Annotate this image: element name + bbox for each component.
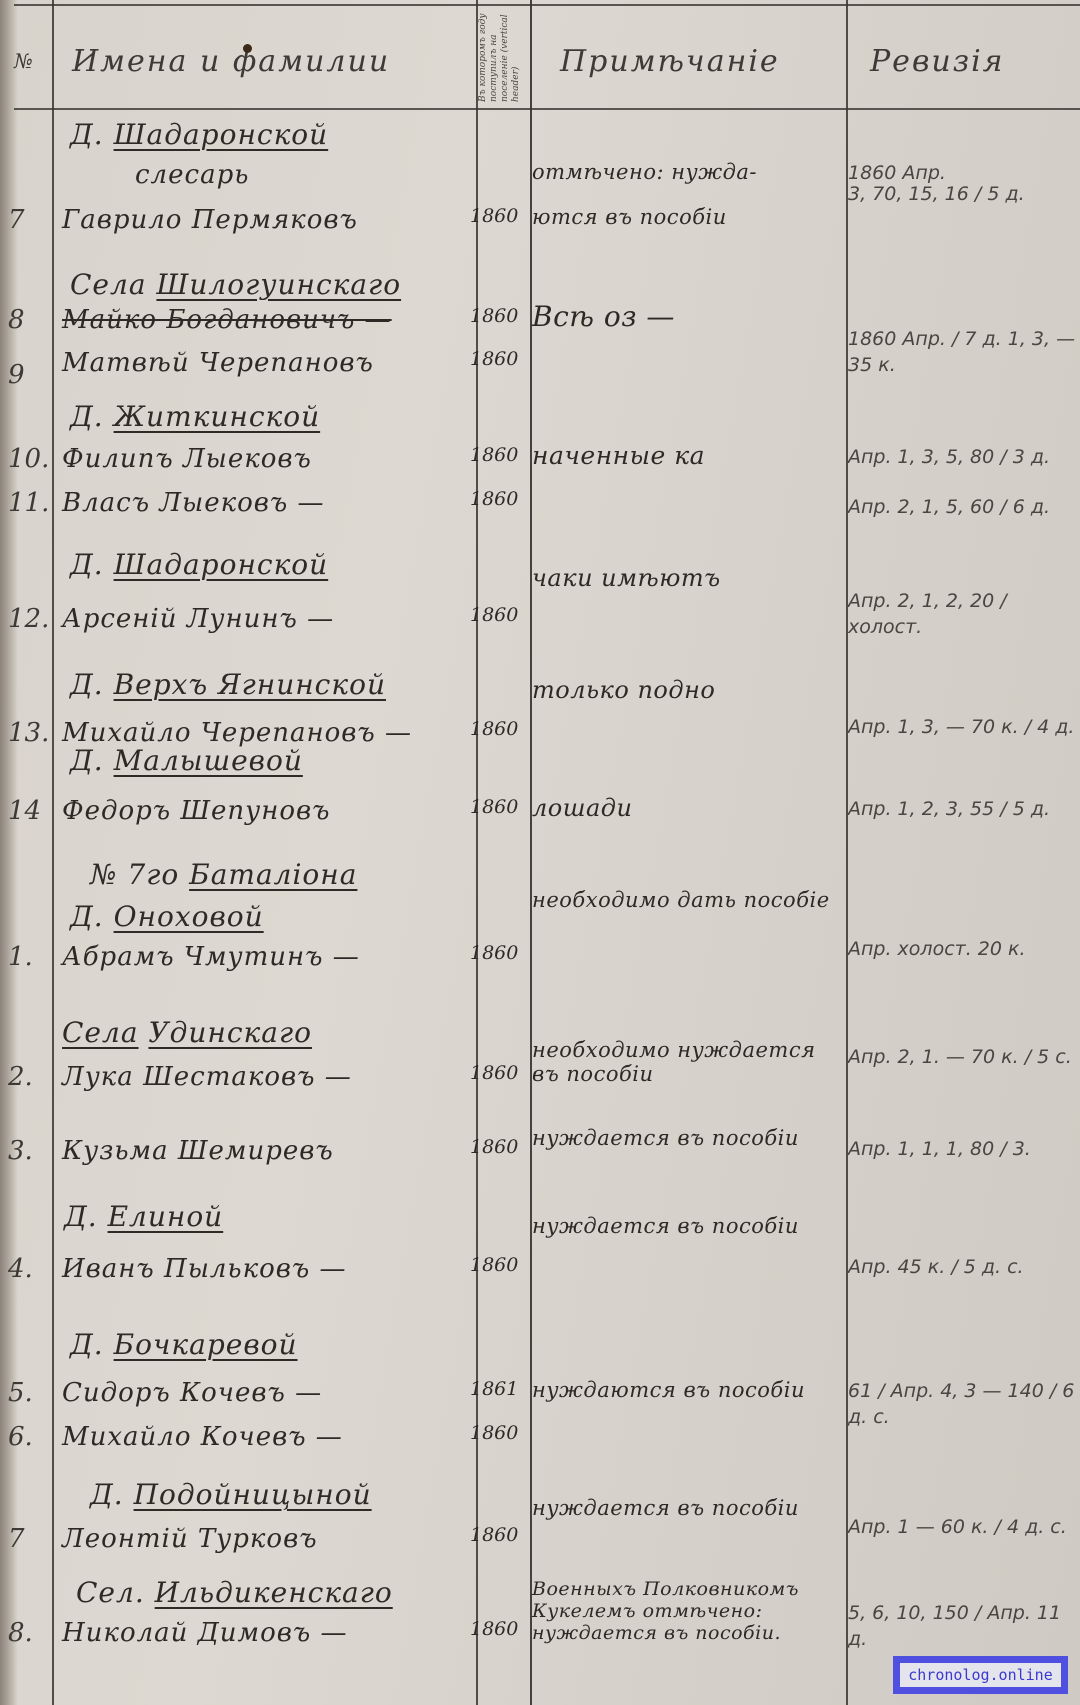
remark: нуждается въ пособіи [532,1214,842,1238]
entry-year: 1860 [470,1524,530,1546]
entry-number: 6. [8,1422,48,1452]
remark: Всѣ оз — [532,305,842,329]
entry-name: Власъ Лыековъ — [62,488,472,518]
entry-number: 7 [8,205,48,235]
group-place: Елиной [108,1200,224,1233]
entry-name: Арсеній Лунинъ — [62,604,472,634]
group-prefix: Д. [70,118,104,151]
header-year: Въ которомъ году поступилъ на поселеніе … [478,2,528,102]
entry-number: 10. [8,444,48,474]
entry-year: 1860 [470,1062,530,1084]
group-place: Шадаронской [114,548,329,581]
entry-year: 1860 [470,305,530,327]
header-verif: Ревизія [870,18,1080,104]
entry-year: 1860 [470,718,530,740]
group-prefix: Д. [64,1200,98,1233]
group-prefix: Села [70,268,147,301]
group-heading: № 7го Баталіона [90,858,357,891]
header-remark: Примѣчаніе [560,18,840,104]
entry-name: Николай Димовъ — [62,1618,472,1648]
group-place: Шадаронской [114,118,329,151]
rule-year [530,0,532,1705]
entry-number: 13. [8,718,48,748]
verification: Апр. 2, 1. — 70 к. / 5 с. [848,1044,1078,1070]
entry-name: Сидоръ Кочевъ — [62,1378,472,1408]
group-place: Подойницыной [134,1478,372,1511]
entry-name: Лука Шестаковъ — [62,1062,472,1092]
group-prefix: Села [62,1016,139,1049]
group-place: Малышевой [114,744,303,777]
remark: необходимо дать пособіе [532,888,842,912]
group-prefix: Д. [70,744,104,777]
group-heading: Д. Шадаронской [70,118,328,151]
group-place: Удинскаго [148,1016,312,1049]
group-place: Верхъ Ягнинской [114,668,386,701]
watermark-text: chronolog.online [900,1663,1061,1687]
entry-year: 1860 [470,796,530,818]
entry-year: 1860 [470,942,530,964]
entry-number: 4. [8,1254,48,1284]
header-name: Имена и фамилии [72,18,472,104]
verification: Апр. холост. 20 к. [848,936,1078,962]
remark: ются въ пособіи [532,205,842,229]
entry-number: 2. [8,1062,48,1092]
group-heading: Д. Житкинской [70,400,320,433]
entry-name-struck: Майко Богдановичъ — [62,305,472,335]
remark: лошади [532,796,842,820]
entry-year: 1860 [470,348,530,370]
entry-name: Гаврило Пермяковъ [62,205,472,235]
group-heading: Д. Шадаронской [70,548,328,581]
entry-year: 1860 [470,604,530,626]
verification: Апр. 1, 3, 5, 80 / 3 д. [848,444,1078,470]
entry-name: Абрамъ Чмутинъ — [62,942,472,972]
verification: 61 / Апр. 4, 3 — 140 / 6 д. с. [848,1378,1078,1430]
group-prefix: Д. [70,900,104,933]
group-place: Бочкаревой [114,1328,298,1361]
verification: 5, 6, 10, 150 / Апр. 11 д. [848,1600,1078,1652]
group-heading: Д. Бочкаревой [70,1328,298,1361]
group-place: Шилогуинскаго [156,268,401,301]
verification: Апр. 2, 1, 5, 60 / 6 д. [848,494,1078,520]
rule-top [14,4,1080,6]
group-prefix: Д. [70,668,104,701]
group-heading: Д. Елиной [64,1200,223,1233]
remark: отмѣчено: нужда- [532,160,842,184]
remark: чаки имѣютъ [532,566,842,590]
entry-number: 8. [8,1618,48,1648]
entry-name: Матвѣй Черепановъ [62,348,472,378]
entry-number: 7 [8,1524,48,1554]
remark: только подно [532,678,842,702]
verification: Апр. 1, 1, 1, 80 / 3. [848,1136,1078,1162]
entry-name: Михайло Кочевъ — [62,1422,472,1452]
group-prefix: Д. [90,1478,124,1511]
verification: Апр. 1 — 60 к. / 4 д. с. [848,1514,1078,1540]
entry-year: 1860 [470,1618,530,1640]
verification: Апр. 45 к. / 5 д. с. [848,1254,1078,1280]
group-place: Баталіона [189,858,357,891]
rule-header-bottom [14,108,1080,110]
verification: 3, 70, 15, 16 / 5 д. [848,181,1078,207]
group-place: Житкинской [114,400,321,433]
rule-remark [846,0,848,1705]
entry-year: 1860 [470,1422,530,1444]
group-prefix: Сел. [76,1576,145,1609]
group-prefix: Д. [70,400,104,433]
group-heading: Д. Подойницыной [90,1478,372,1511]
remark: нуждается въ пособіи [532,1496,842,1520]
register-page: № Имена и фамилии Въ которомъ году посту… [0,0,1080,1705]
entry-year: 1860 [470,205,530,227]
header-num: № [14,18,52,104]
entry-name: Филипъ Лыековъ [62,444,472,474]
entry-name: Кузьма Шемиревъ [62,1136,472,1166]
verification: Апр. 2, 1, 2, 20 / холост. [848,588,1078,640]
remark: Военныхъ Полковникомъ Кукелемъ отмѣчено:… [532,1578,842,1644]
verification: Апр. 1, 2, 3, 55 / 5 д. [848,796,1078,822]
entry-number: 1. [8,942,48,972]
entry-number: 14 [8,796,48,826]
group-place: Оноховой [114,900,264,933]
entry-number: 8 [8,305,48,335]
group-heading: Д. Малышевой [70,744,303,777]
remark: нуждается въ пособіи [532,1126,842,1150]
rule-name [476,0,478,1705]
entry-year: 1860 [470,488,530,510]
remark: наченные ка [532,444,842,468]
entry-number: 9 [8,360,48,390]
ink-blot [243,44,252,53]
group-heading: Сел. Ильдикенскаго [76,1576,393,1609]
entry-name: Федоръ Шепуновъ [62,796,472,826]
remark: нуждаются въ пособіи [532,1378,842,1402]
entry-year: 1860 [470,1254,530,1276]
entry-number: 3. [8,1136,48,1166]
group-prefix: Д. [70,1328,104,1361]
remark: необходимо нуждается въ пособіи [532,1038,842,1086]
entry-number: 5. [8,1378,48,1408]
entry-number: 11. [8,488,48,518]
verification: Апр. 1, 3, — 70 к. / 4 д. [848,714,1078,740]
group-prefix: № 7го [90,858,179,891]
watermark-badge: chronolog.online [893,1656,1068,1694]
entry-year: 1860 [470,444,530,466]
entry-name: Михайло Черепановъ — [62,718,472,748]
occupation: слесарь [135,160,545,190]
entry-year: 1861 [470,1378,530,1400]
entry-name: Иванъ Пыльковъ — [62,1254,472,1284]
entry-name: Леонтій Турковъ [62,1524,472,1554]
group-heading: Села Шилогуинскаго [70,268,401,301]
verification: 1860 Апр. / 7 д. 1, 3, — 35 к. [848,326,1078,378]
group-prefix: Д. [70,548,104,581]
group-heading: Села Удинскаго [62,1016,312,1049]
entry-year: 1860 [470,1136,530,1158]
group-place: Ильдикенскаго [155,1576,393,1609]
rule-num [52,0,54,1705]
group-heading: Д. Верхъ Ягнинской [70,668,386,701]
group-heading: Д. Оноховой [70,900,264,933]
entry-number: 12. [8,604,48,634]
